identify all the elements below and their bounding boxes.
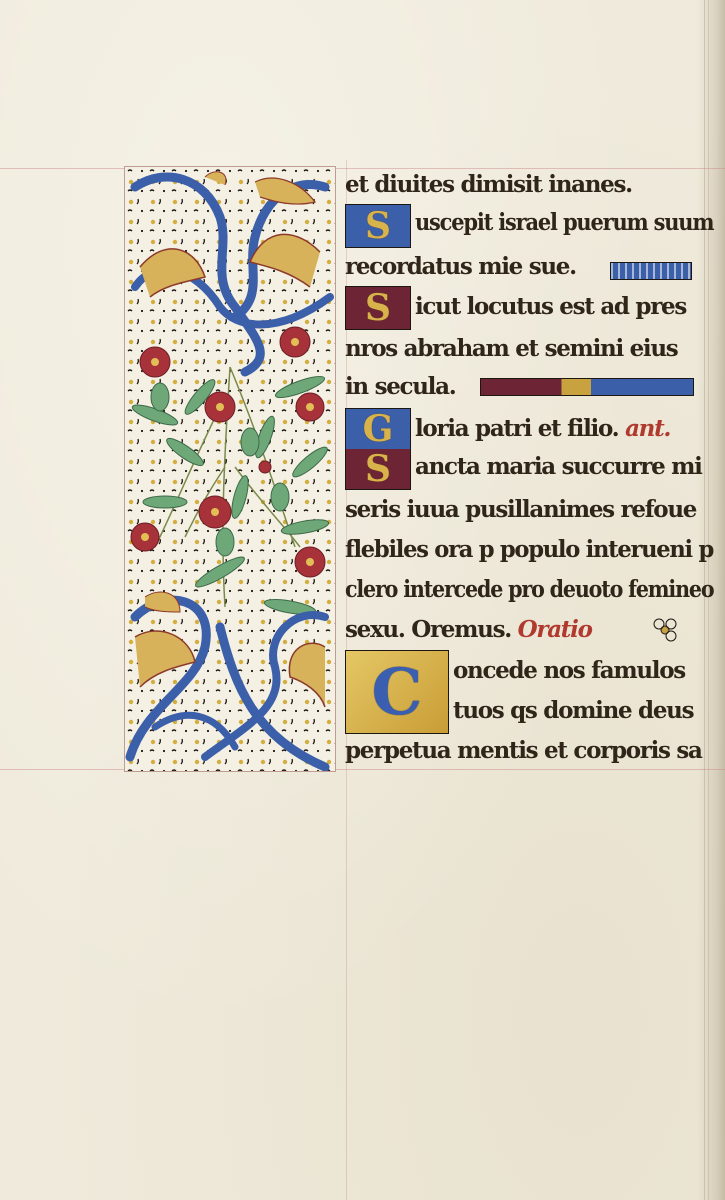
text-line: flebiles ora p populo interueni p [345,533,713,567]
text-line: recordatus mie sue. [345,250,576,284]
text-line: seris iuua pusillanimes refoue [345,493,696,527]
initial-c-gold: C [345,650,449,734]
initial-s-maroon: S [345,286,411,330]
initial-s-blue: S [345,204,411,248]
text-line: et diuites dimisit inanes. [345,168,632,202]
text-line: loria patri et filio. ant. [415,412,670,446]
text-line: in secula. [345,370,455,404]
acanthus-floral-border-art [125,167,335,771]
text-line: sexu. Oremus. Oratio [345,613,592,647]
text-line: icut locutus est ad pres [415,290,686,324]
text-line: clero intercede pro deuoto femineo [345,573,713,607]
text-line: ancta maria succurre mi [415,450,702,484]
text-line: uscepit israel puerum suum [415,206,713,240]
line-filler [610,262,692,280]
line-filler [480,378,694,396]
text-line: perpetua mentis et corporis sa [345,734,702,768]
initial-g-s-stacked: G S [345,408,411,490]
text-line: oncede nos famulos [453,654,685,688]
text-line: tuos qs domine deus [453,694,693,728]
decorated-border [124,166,336,772]
ruling-line-bottom [0,769,725,770]
text-block: et diuites dimisit inanes. S uscepit isr… [345,168,717,768]
text-line: nros abraham et semini eius [345,332,677,366]
pen-flourish-icon [650,618,680,642]
